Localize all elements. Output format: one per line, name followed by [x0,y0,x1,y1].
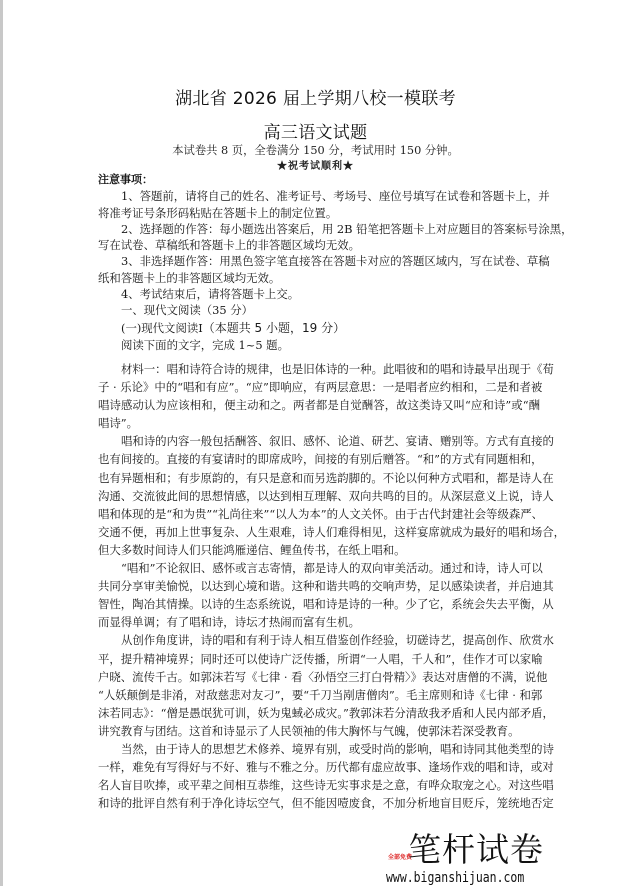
passage-line: 唱和诗的内容一般包括酬答、叙旧、感怀、论道、研艺、宴请、赠别等。方式有直接的 [98,432,540,450]
passage-line: “人妖颠倒是非淆，对敌慈悲对友刁”，要“千刀当剐唐僧肉”。毛主席则和诗《七律 ·… [98,686,540,704]
watermark-brand: 笔杆试卷 [408,832,544,868]
watermark-logo: 全部免费 笔杆试卷 www.biganshijuan.com [384,830,624,886]
subsection-title: (一)现代文阅读Ⅰ（本题共 5 小题，19 分） [98,319,540,337]
passage-line: 但大多数时间诗人们只能鸿雁递信、鲤鱼传书，在纸上唱和。 [98,541,540,559]
note-line: 2、选择题的作答：每小题选出答案后，用 2B 铅笔把答题卡上对应题目的答案标号涂… [98,221,540,237]
note-line: 3、非选择题作答：用黑色签字笔直接答在答题卡对应的答题区域内，写在试卷、草稿 [98,253,540,269]
passage-line: 子 · 乐论》中的“唱和有应”。“应”即响应，有两层意思：一是唱者应约相和，二是… [98,378,540,396]
passage-line: 唱和体现的是“和为贵”“礼尚往来”“以人为本”的人文关怀。由于古代封建社会等级森… [98,505,540,523]
notes-heading: 注意事项： [98,172,540,188]
subsection-title-score: （本题共 5 小题，19 分） [203,321,345,335]
passage-line: 唱诗”。 [98,414,540,432]
reading-instruction: 阅读下面的文字，完成 1~5 题。 [98,337,540,353]
passage-line: 智性，陶冶其情操。以诗的生态系统说，唱和诗是诗的一种。少了它，系统会失去平衡，从 [98,595,540,613]
passage-line: 材料一：唱和诗符合诗的规律，也是旧体诗的一种。此唱彼和的唱和诗最早出现于《荀 [98,360,540,378]
reading-passage: 材料一：唱和诗符合诗的规律，也是旧体诗的一种。此唱彼和的唱和诗最早出现于《荀 子… [98,360,540,812]
note-line: 将准考证号条形码粘贴在答题卡上的制定位置。 [98,205,540,221]
passage-line: 从创作角度讲，诗的唱和有利于诗人相互借鉴创作经验，切磋诗艺，提高创作、欣赏水 [98,631,540,649]
subsection-title-prefix: (一)现代文阅读Ⅰ [121,321,203,335]
passage-line: 也有异题相和；有步原韵的，有只是意和而另选韵脚的。不论以何种方式唱和，都是诗人在 [98,469,540,487]
note-line: 4、考试结束后，请将答题卡上交。 [98,286,540,302]
passage-line: 共同分享审美愉悦，以达到心境和谐。这种和谐共鸣的交响声势，足以感染读者，并启迪其 [98,577,540,595]
exam-page: 湖北省 2026 届上学期八校一模联考 高三语文试题 本试卷共 8 页，全卷满分… [0,0,631,886]
exam-info: 本试卷共 8 页，全卷满分 150 分，考试用时 150 分钟。 [0,142,631,158]
passage-line: 而显得单调；有了唱和诗，诗坛才热闹而富有生机。 [98,613,540,631]
passage-line: 名人盲目吹捧，或平辈之间相互恭维，这些诗无实事求是之意，有哗众取宠之心。对这些唱 [98,776,540,794]
passage-line: 平，提升精神境界；同时还可以使诗广泛传播，所谓“一人唱，千人和”，佳作才可以家喻 [98,650,540,668]
passage-line: 和诗的批评自然有利于净化诗坛空气，但不能因噎废食，不加分析地盲目贬斥，笼统地否定 [98,794,540,812]
exam-title: 湖北省 2026 届上学期八校一模联考 [0,84,631,109]
passage-line: 讲究教育与团结。这首和诗显示了人民领袖的伟大胸怀与气魄，使郭沫若深受教育。 [98,722,540,740]
note-line: 写在试卷、草稿纸和答题卡上的非答题区域均无效。 [98,237,540,253]
watermark-url: www.biganshijuan.com [386,870,524,886]
note-line: 纸和答题卡上的非答题区域均无效。 [98,270,540,286]
passage-line: 一样，难免有写得好与不好、雅与不雅之分。历代都有虚应故事、逢场作戏的唱和诗，或对 [98,758,540,776]
passage-line: 唱诗感动认为应该相和，便主动和之。两者都是自觉酬答，故这类诗又叫“应和诗”或“酬 [98,396,540,414]
part-title: 一、现代文阅读（35 分） [98,302,540,318]
good-luck-wish: ★祝考试顺利★ [0,157,631,172]
passage-line: “唱和”不论叙旧、感怀或言志寄情，都是诗人的双向审美活动。通过和诗，诗人可以 [98,559,540,577]
passage-line: 交通不便，再加上世事复杂、人生艰难，诗人们难得相见，这样宴席就成为最好的唱和场合… [98,523,540,541]
exam-subtitle: 高三语文试题 [0,118,631,143]
passage-line: 沟通、交流彼此间的思想情感，以达到相互理解、双向共鸣的目的。从深层意义上说，诗人 [98,487,540,505]
passage-line: 户晓、流传千古。如郭沫若写《七律 · 看〈孙悟空三打白骨精〉》表达对唐僧的不满，… [98,668,540,686]
passage-line: 当然，由于诗人的思想艺术修养、境界有别，或受时尚的影响，唱和诗同其他类型的诗 [98,740,540,758]
notes-section: 注意事项： 1、答题前，请将自己的姓名、准考证号、考场号、座位号填写在试卷和答题… [98,172,540,353]
passage-line: 沫若同志》：“僧是愚氓犹可训，妖为鬼蜮必成灾。”教郭沫若分清敌我矛盾和人民内部矛… [98,704,540,722]
note-line: 1、答题前，请将自己的姓名、准考证号、考场号、座位号填写在试卷和答题卡上，并 [98,188,540,204]
passage-line: 也有间接的。直接的有宴请时的即席成吟，间接的有别后赠答。“和”的方式有同题相和， [98,450,540,468]
